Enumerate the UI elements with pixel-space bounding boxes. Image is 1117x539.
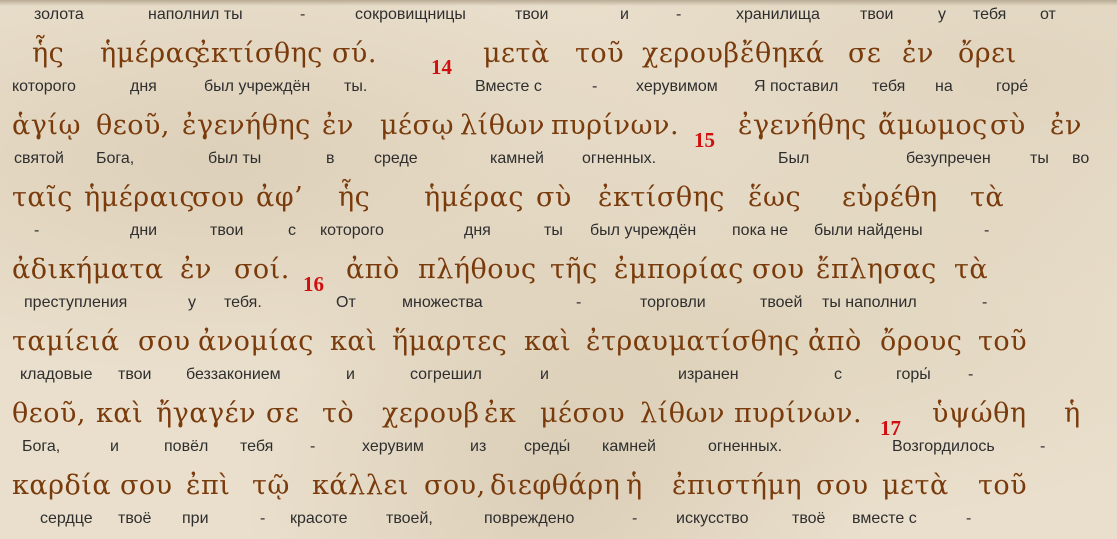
russian-word: - [576, 294, 581, 312]
verse-number[interactable]: 15 [694, 128, 715, 153]
russian-word: сокровищницы [355, 6, 466, 24]
russian-word: камней [602, 438, 656, 456]
russian-word: торговли [640, 294, 706, 312]
russian-word: дня [130, 78, 157, 96]
russian-word: беззаконием [186, 366, 281, 384]
greek-word[interactable]: ὄρους [880, 326, 962, 357]
russian-word: - [982, 294, 987, 312]
russian-word: святой [14, 150, 64, 168]
greek-word[interactable]: ἀδικήματα [12, 254, 164, 285]
greek-word[interactable]: ὑψώθη [932, 398, 1027, 429]
greek-word[interactable]: ἔπλησας [816, 254, 937, 285]
russian-word: - [676, 6, 681, 24]
greek-word[interactable]: ἐγενήθης [182, 110, 311, 141]
russian-word: были найдены [814, 222, 923, 240]
russian-word: хранилища [736, 6, 820, 24]
greek-word[interactable]: σε [848, 38, 881, 69]
greek-word[interactable]: ἧς [338, 182, 370, 213]
greek-word[interactable]: καὶ [96, 398, 143, 429]
greek-word[interactable]: εὑρέθη [842, 182, 938, 213]
greek-word[interactable]: σου [816, 470, 869, 501]
russian-word: искусство [676, 510, 748, 528]
russian-word: твоё [118, 510, 151, 528]
russian-word: преступления [24, 294, 127, 312]
greek-word[interactable]: μετὰ [882, 470, 949, 501]
russian-word: золота [34, 6, 84, 24]
greek-word[interactable]: ἁγίῳ [12, 110, 81, 141]
russian-word: и [110, 438, 119, 456]
russian-word: - [968, 366, 973, 384]
russian-word: у [188, 294, 196, 312]
russian-word: изранен [678, 366, 739, 384]
russian-word: горы́ [896, 366, 931, 384]
russian-word: Бога, [96, 150, 134, 168]
russian-word: при [182, 510, 209, 528]
russian-word: кладовые [20, 366, 93, 384]
russian-word: ты [544, 222, 563, 240]
russian-word: красоте [290, 510, 348, 528]
russian-word: и [620, 6, 629, 24]
russian-word: Был [778, 150, 809, 168]
russian-word: - [300, 6, 305, 24]
greek-word[interactable]: ἔθηκά [740, 38, 825, 69]
greek-word[interactable]: σου [120, 470, 173, 501]
greek-word[interactable]: καὶ [524, 326, 571, 357]
greek-word[interactable]: ἐκ [484, 398, 516, 429]
russian-word: - [632, 510, 637, 528]
russian-word: твои [210, 222, 243, 240]
russian-word: сердце [40, 510, 93, 528]
greek-word[interactable]: πλήθους [418, 254, 537, 285]
russian-word: ты [1030, 150, 1049, 168]
greek-word[interactable]: πυρίνων. [551, 110, 679, 141]
russian-word: был ты [208, 150, 261, 168]
russian-word: был учреждён [590, 222, 696, 240]
greek-word[interactable]: τῷ [252, 470, 290, 501]
greek-word[interactable]: σὺ [536, 182, 572, 213]
greek-word[interactable]: ἐπιστήμη [672, 470, 802, 501]
greek-word[interactable]: τοῦ [575, 38, 624, 69]
russian-word: пока не [732, 222, 788, 240]
greek-word[interactable]: ἐπὶ [186, 470, 230, 501]
russian-word: - [34, 222, 39, 240]
russian-word: - [966, 510, 971, 528]
greek-word[interactable]: ταῖς [12, 182, 73, 213]
russian-word: среде [374, 150, 418, 168]
russian-word: твоей, [386, 510, 433, 528]
russian-word: Я поставил [754, 78, 838, 96]
greek-word[interactable]: χερουβ [642, 38, 740, 69]
greek-word[interactable]: ἧς [32, 38, 64, 69]
greek-word[interactable]: ἥμαρτες [392, 326, 507, 357]
russian-word: тебя [872, 78, 905, 96]
russian-word: на [935, 78, 953, 96]
russian-word: вместе с [852, 510, 917, 528]
greek-word[interactable]: ἕως [748, 182, 801, 213]
russian-word: ты. [344, 78, 367, 96]
greek-word[interactable]: σε [266, 398, 299, 429]
greek-word[interactable]: ἐν [180, 254, 212, 285]
russian-word: наполнил ты [148, 6, 243, 24]
russian-word: твои [860, 6, 893, 24]
greek-word[interactable]: τοῦ [978, 470, 1027, 501]
greek-word[interactable]: μέσου [540, 398, 625, 429]
russian-word: среды́ [524, 438, 570, 456]
greek-word[interactable]: μετὰ [483, 38, 550, 69]
russian-word: дни [130, 222, 157, 240]
greek-word[interactable]: ἤγαγέν [156, 398, 256, 429]
greek-word[interactable]: τῆς [550, 254, 598, 285]
russian-word: - [592, 78, 597, 96]
greek-word[interactable]: ἡμέραις [84, 182, 195, 213]
russian-word: дня [464, 222, 491, 240]
russian-word: с [288, 222, 296, 240]
greek-word[interactable]: πυρίνων. [734, 398, 862, 429]
greek-word[interactable]: ἀπὸ [808, 326, 862, 357]
greek-word[interactable]: σου [752, 254, 805, 285]
russian-word: огненных. [708, 438, 782, 456]
greek-word[interactable]: ἀφ’ [256, 182, 303, 213]
russian-word: во [1072, 150, 1089, 168]
russian-word: которого [12, 78, 76, 96]
greek-word[interactable]: σου, [424, 470, 486, 501]
russian-word: - [260, 510, 265, 528]
russian-word: От [336, 294, 356, 312]
verse-number[interactable]: 14 [431, 55, 452, 80]
greek-word[interactable]: κάλλει [312, 470, 409, 501]
russian-word: твоей [760, 294, 802, 312]
russian-word: камней [490, 150, 544, 168]
greek-word[interactable]: σὺ [990, 110, 1026, 141]
russian-word: повёл [164, 438, 208, 456]
russian-word: в [326, 150, 335, 168]
greek-word[interactable]: ἀνομίας [198, 326, 314, 357]
russian-word: тебя [240, 438, 273, 456]
greek-word[interactable]: τοῦ [978, 326, 1027, 357]
greek-word[interactable]: καρδία [12, 470, 111, 501]
russian-word: - [310, 438, 315, 456]
russian-word: повреждено [484, 510, 574, 528]
greek-word[interactable]: ἐκτίσθης [598, 182, 725, 213]
russian-word: огненных. [582, 150, 656, 168]
greek-word[interactable]: ἐν [322, 110, 354, 141]
russian-word: и [540, 366, 549, 384]
russian-word: твои [515, 6, 548, 24]
russian-word: тебя. [224, 294, 262, 312]
russian-word: из [470, 438, 486, 456]
greek-word[interactable]: ἡμέρας [100, 38, 200, 69]
verse-number[interactable]: 16 [303, 272, 324, 297]
greek-word[interactable]: θεοῦ, [12, 398, 86, 429]
russian-word: - [1040, 438, 1045, 456]
russian-word: Возгордилось [892, 438, 995, 456]
russian-word: был учреждён [204, 78, 310, 96]
russian-word: множества [402, 294, 483, 312]
greek-word[interactable]: ὄρει [958, 38, 1017, 69]
greek-word[interactable]: ἡμέρας [424, 182, 524, 213]
greek-word[interactable]: σου [138, 326, 191, 357]
russian-word: херувим [362, 438, 424, 456]
russian-word: согрешил [410, 366, 482, 384]
russian-word: - [984, 222, 989, 240]
russian-word: херувимом [636, 78, 718, 96]
greek-word[interactable]: θεοῦ, [96, 110, 170, 141]
greek-word[interactable]: ἐν [902, 38, 934, 69]
greek-word[interactable]: καὶ [330, 326, 377, 357]
greek-word[interactable]: σου [192, 182, 245, 213]
greek-word[interactable]: σύ. [332, 38, 377, 69]
russian-word: и [346, 366, 355, 384]
greek-word[interactable]: διεφθάρη [490, 470, 620, 501]
russian-word: безупречен [906, 150, 991, 168]
russian-word: твои [118, 366, 151, 384]
greek-word[interactable]: ἀπὸ [346, 254, 400, 285]
greek-word[interactable]: λίθων [460, 110, 545, 141]
greek-word[interactable]: ἡ [626, 470, 643, 501]
greek-word[interactable]: σοί. [234, 254, 290, 285]
russian-word: которого [320, 222, 384, 240]
greek-word[interactable]: ἐγενήθης [738, 110, 867, 141]
russian-word: от [1040, 6, 1056, 24]
russian-word: горе́ [996, 78, 1028, 96]
russian-word: Бога, [22, 438, 60, 456]
greek-word[interactable]: ταμίειά [12, 326, 120, 357]
greek-word[interactable]: ἐν [1050, 110, 1082, 141]
greek-word[interactable]: ἡ [1064, 398, 1081, 429]
greek-word[interactable]: τὰ [954, 254, 988, 285]
russian-word: твоё [792, 510, 825, 528]
greek-word[interactable]: ἄμωμος [878, 110, 988, 141]
russian-word: с [834, 366, 842, 384]
greek-word[interactable]: μέσῳ [380, 110, 454, 141]
greek-word[interactable]: ἐμπορίας [614, 254, 744, 285]
greek-word[interactable]: ἐκτίσθης [196, 38, 323, 69]
greek-word[interactable]: τὰ [970, 182, 1004, 213]
russian-word: ты наполнил [822, 294, 917, 312]
greek-word[interactable]: τὸ [322, 398, 354, 429]
greek-word[interactable]: ἐτραυματίσθης [586, 326, 800, 357]
russian-word: тебя [973, 6, 1006, 24]
greek-word[interactable]: λίθων [640, 398, 725, 429]
russian-word: Вместе с [475, 78, 542, 96]
russian-word: у [938, 6, 946, 24]
greek-word[interactable]: χερουβ [382, 398, 480, 429]
